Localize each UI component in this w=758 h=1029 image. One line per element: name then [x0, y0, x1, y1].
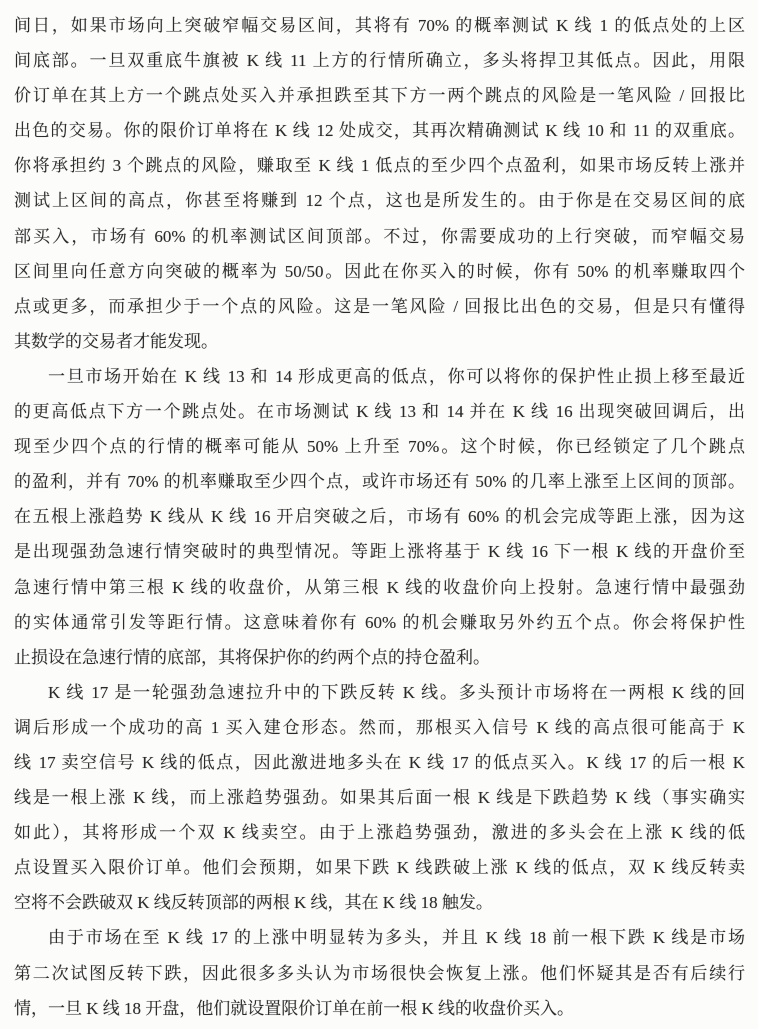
text-line: 空将不会跌破双 K 线反转顶部的两根 K 线，其在 K 线 18 触发。 — [14, 885, 745, 920]
text-line: 出色的交易。你的限价订单将在 K 线 12 处成交，其再次精确测试 K 线 10… — [14, 113, 745, 148]
text-line: 线是一根上涨 K 线，而上涨趋势强劲。如果其后面一根 K 线是下跌趋势 K 线（… — [14, 780, 745, 815]
paragraph-2: 一旦市场开始在 K 线 13 和 14 形成更高的低点，你可以将你的保护性止损上… — [14, 359, 745, 675]
text-line: 的更高低点下方一个跳点处。在市场测试 K 线 13 和 14 并在 K 线 16… — [14, 394, 745, 429]
text-line: 急速行情中第三根 K 线的收盘价，从第三根 K 线的收盘价向上投射。急速行情中最… — [14, 570, 745, 605]
text-line: 如此），其将形成一个双 K 线卖空。由于上涨趋势强劲，激进的多头会在上涨 K 线… — [14, 815, 745, 850]
text-line: 第二次试图反转下跌，因此很多多头认为市场很快会恢复上涨。他们怀疑其是否有后续行 — [14, 956, 745, 991]
paragraph-1: 间日，如果市场向上突破窄幅交易区间，其将有 70% 的概率测试 K 线 1 的低… — [14, 8, 745, 359]
text-line: K 线 17 是一轮强劲急速拉升中的下跌反转 K 线。多头预计市场将在一两根 K… — [14, 675, 745, 710]
page-content: 间日，如果市场向上突破窄幅交易区间，其将有 70% 的概率测试 K 线 1 的低… — [0, 0, 758, 1029]
text-line: 止损设在急速行情的底部，其将保护你的约两个点的持仓盈利。 — [14, 640, 745, 675]
text-line: 一旦市场开始在 K 线 13 和 14 形成更高的低点，你可以将你的保护性止损上… — [14, 359, 745, 394]
text-line: 在五根上涨趋势 K 线从 K 线 16 开启突破之后，市场有 60% 的机会完成… — [14, 499, 745, 534]
text-line: 间底部。一旦双重底牛旗被 K 线 11 上方的行情所确立，多头将捍卫其低点。因此… — [14, 43, 745, 78]
text-line: 的实体通常引发等距行情。这意味着你有 60% 的机会赚取另外约五个点。你会将保护… — [14, 605, 745, 640]
text-line: 情，一旦 K 线 18 开盘，他们就设置限价订单在前一根 K 线的收盘价买入。 — [14, 991, 745, 1026]
text-line: 你将承担约 3 个跳点的风险，赚取至 K 线 1 低点的至少四个点盈利，如果市场… — [14, 148, 745, 183]
text-line: 由于市场在至 K 线 17 的上涨中明显转为多头，并且 K 线 18 前一根下跌… — [14, 920, 745, 955]
text-block: 间日，如果市场向上突破窄幅交易区间，其将有 70% 的概率测试 K 线 1 的低… — [14, 8, 745, 1026]
text-line: 部买入，市场有 60% 的机率测试区间顶部。不过，你需要成功的上行突破，而窄幅交… — [14, 219, 745, 254]
text-line: 是出现强劲急速行情突破时的典型情况。等距上涨将基于 K 线 16 下一根 K 线… — [14, 534, 745, 569]
text-line: 区间里向任意方向突破的概率为 50/50。因此在你买入的时候，你有 50% 的机… — [14, 254, 745, 289]
text-line: 调后形成一个成功的高 1 买入建仓形态。然而，那根买入信号 K 线的高点很可能高… — [14, 710, 745, 745]
text-line: 的盈利，并有 70% 的机率赚取至少四个点，或许市场还有 50% 的几率上涨至上… — [14, 464, 745, 499]
document-page: { "page": { "background": "#fcfcfa", "te… — [0, 0, 758, 1029]
paragraph-3: K 线 17 是一轮强劲急速拉升中的下跌反转 K 线。多头预计市场将在一两根 K… — [14, 675, 745, 921]
text-line: 间日，如果市场向上突破窄幅交易区间，其将有 70% 的概率测试 K 线 1 的低… — [14, 8, 745, 43]
text-line: 价订单在其上方一个跳点处买入并承担跌至其下方一两个跳点的风险是一笔风险 / 回报… — [14, 78, 745, 113]
text-line: 线 17 卖空信号 K 线的低点，因此激进地多头在 K 线 17 的低点买入。K… — [14, 745, 745, 780]
text-line: 现至少四个点的行情的概率可能从 50% 上升至 70%。这个时候，你已经锁定了几… — [14, 429, 745, 464]
text-line: 测试上区间的高点，你甚至将赚到 12 个点，这也是所发生的。由于你是在交易区间的… — [14, 183, 745, 218]
paragraph-4: 由于市场在至 K 线 17 的上涨中明显转为多头，并且 K 线 18 前一根下跌… — [14, 920, 745, 1025]
text-line: 点或更多，而承担少于一个点的风险。这是一笔风险 / 回报比出色的交易，但是只有懂… — [14, 289, 745, 324]
text-line: 点设置买入限价订单。他们会预期，如果下跌 K 线跌破上涨 K 线的低点，双 K … — [14, 850, 745, 885]
text-line: 其数学的交易者才能发现。 — [14, 324, 745, 359]
